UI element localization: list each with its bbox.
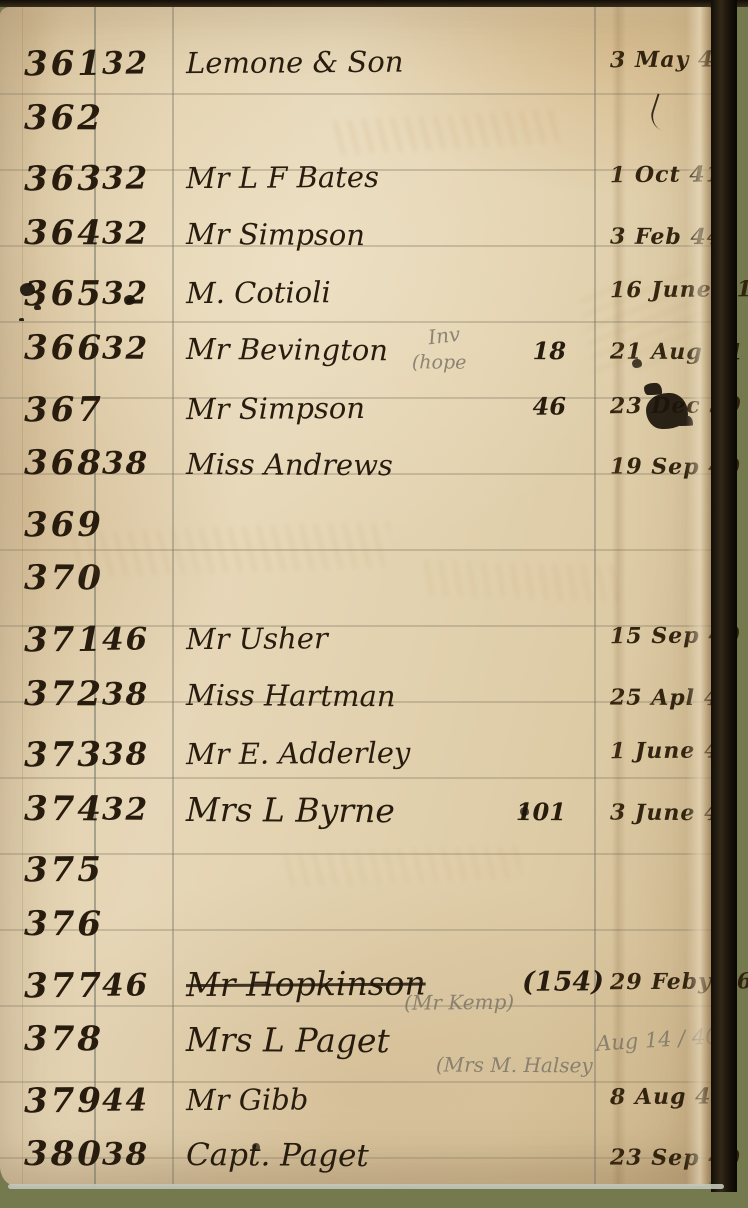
entry-name: Mr Simpson [172,216,506,252]
entry-extra-number [506,1157,606,1158]
ink-blot [520,807,529,816]
ledger-photo: 361 32 Lemone & Son 3 May 44 362 363 32 … [0,0,748,1208]
entry-fee [94,409,172,410]
ledger-row: 369 [0,491,712,554]
entry-name [172,867,506,869]
entry-date: 3 May 44 [606,46,712,73]
entry-extra-number [506,866,606,867]
pencil-date: Aug 14 / 40 [595,1024,719,1056]
entry-name [172,925,506,927]
entry-date: 29 Feby 46 [606,968,712,995]
entry-date: 25 Apl 40 [606,684,712,711]
entry-number: 368 [0,443,94,484]
ledger-rows: 361 32 Lemone & Son 3 May 44 362 363 32 … [0,33,712,1185]
entry-extra-number [506,636,606,637]
entry-number: 367 [0,389,94,430]
entry-date: 23 Sep 40 [606,1145,712,1172]
ledger-row: 379 44 Mr Gibb 8 Aug 40 [0,1067,712,1130]
ledger-row: 371 46 Mr Usher 15 Sep 40 [0,606,712,669]
entry-extra-number [506,521,606,522]
ledger-page: 361 32 Lemone & Son 3 May 44 362 363 32 … [0,7,712,1186]
entry-number: 365 [0,274,94,315]
entry-date: 21 Aug 41 [606,338,712,365]
entry-fee: 38 [94,445,172,481]
entry-number: 370 [0,558,94,599]
entry-fee: 32 [94,160,172,197]
entry-number: 373 [0,735,94,776]
ledger-row: 375 [0,837,712,900]
entry-number: 375 [0,850,94,891]
entry-number: 369 [0,504,94,545]
ledger-row: 368 38 Miss Andrews 19 Sep 40 [0,434,712,496]
entry-name: Mr Simpson [172,389,506,425]
ledger-row: 376 [0,895,712,957]
entry-name [172,118,506,120]
entry-name [172,521,506,523]
entry-date: 19 Sep 40 [606,453,712,480]
entry-name: Mr E. Adderley [172,735,506,771]
entry-extra-number: 18 [506,336,606,366]
entry-fee: 38 [94,676,172,712]
entry-fee: 38 [94,1136,172,1172]
entry-number: 363 [0,159,94,200]
entry-extra-number [506,175,606,176]
ledger-row: 374 32 Mrs L Byrne 101 3 June 40 [0,780,712,842]
entry-name: Miss Andrews [172,447,506,483]
entry-date: 8 Aug 40 [606,1083,712,1110]
entry-name: Capt. Paget [172,1137,506,1175]
entry-date: 15 Sep 40 [606,622,712,649]
book-binding-edge [711,0,737,1192]
ledger-row: 363 32 Mr L F Bates 1 Oct 41 [0,146,712,209]
entry-extra-number [506,466,606,467]
entry-number: 374 [0,788,94,829]
entry-name: Mrs L Byrne [172,790,506,831]
entry-fee: 32 [94,275,172,312]
entry-extra-number [506,235,606,236]
ledger-row: 378 Mrs L Paget (Mrs M. Halsey Aug 14 / … [0,1010,712,1072]
ink-blot [646,393,688,429]
entry-fee [94,524,172,525]
entry-number: 378 [0,1019,94,1060]
pencil-annotation-below: (Mr Kemp) [404,989,514,1014]
entry-name: Mr L F Bates [172,159,506,195]
entry-fee: 32 [94,330,172,366]
ledger-row: 361 32 Lemone & Son 3 May 44 [0,31,712,94]
entry-extra-number [506,927,606,928]
entry-date: 3 June 40 [606,799,712,826]
pencil-annotation-below: (hope [412,351,467,373]
ledger-row: 362 [0,88,712,150]
entry-number: 377 [0,965,94,1006]
entry-date: 3 Feb 44 [606,223,712,250]
entry-extra-number [506,1042,606,1043]
ledger-row: 380 38 Capt. Paget 23 Sep 40 [0,1125,712,1187]
entry-extra-number [506,120,606,121]
entry-extra-number [506,696,606,697]
ink-blot [252,1143,260,1151]
pencil-annotation-inline: Inv [427,322,462,350]
entry-extra-number: (154) [506,966,606,998]
entry-date [606,520,712,521]
entry-name: Mr Gibb [172,1080,506,1116]
entry-number: 364 [0,212,94,253]
entry-extra-number [506,1097,606,1098]
entry-fee: 32 [94,45,172,82]
ink-blot [632,359,642,368]
entry-number: 379 [0,1080,94,1121]
entry-name: Mr Usher [172,620,506,656]
entry-date [606,927,712,928]
entry-extra-number: 46 [506,391,606,421]
page-bottom-edge [8,1184,724,1189]
entry-fee: 32 [94,791,172,827]
ledger-row: 364 32 Mr Simpson 3 Feb 44 [0,204,712,266]
page-top-edge [0,0,748,7]
entry-fee: 46 [94,967,172,1004]
ink-blot [124,295,135,305]
ledger-row: 366 32 Mr Bevington 18 21 Aug 41 Inv (ho… [0,319,712,381]
entry-fee: 32 [94,215,172,251]
entry-fee [94,869,172,870]
entry-number: 376 [0,904,94,945]
entry-fee: 46 [94,621,172,658]
entry-name: Miss Hartman [172,677,506,713]
ink-blot [20,283,35,296]
entry-extra-number [506,751,606,752]
entry-date [606,582,712,583]
entry-number: 362 [0,97,94,138]
entry-extra-number [506,290,606,291]
entry-date: 16 June 41 [606,277,712,304]
ledger-row: 365 32 M. Cotioli 16 June 41 [0,261,712,324]
ledger-row: 370 [0,549,712,611]
entry-number: 366 [0,328,94,369]
entry-date: 1 June 40 [606,737,712,764]
ledger-row: 372 38 Miss Hartman 25 Apl 40 [0,664,712,726]
entry-date: 1 Oct 41 [606,161,712,188]
entry-number: 372 [0,673,94,714]
entry-date [606,866,712,867]
entry-fee: 44 [94,1082,172,1119]
entry-name: Lemone & Son [172,44,506,80]
entry-extra-number [506,60,606,61]
entry-number: 371 [0,620,94,661]
entry-number: 380 [0,1134,94,1175]
entry-fee: 38 [94,736,172,773]
entry-number: 361 [0,44,94,85]
entry-name [172,579,506,581]
ledger-row: 377 46 Mr Hopkinson (154) 29 Feby 46 (Mr… [0,952,712,1015]
ledger-row: 373 38 Mr E. Adderley 1 June 40 [0,722,712,785]
entry-extra-number [506,581,606,582]
ledger-row: 367 Mr Simpson 46 23 Dec 39 [0,376,712,439]
entry-name: M. Cotioli [172,274,506,310]
